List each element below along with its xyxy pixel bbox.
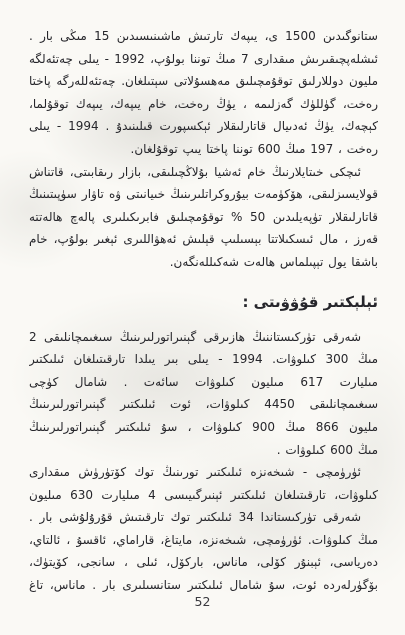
text-line: شەرقى تۈركىستاننىڭ ھازىرقى گېنىراتورلىرى… (29, 326, 378, 349)
text-line: ئىچكى خىتايلارنىڭ خام ئەشيا بۇلاڭچىلىقى،… (29, 161, 378, 184)
text-line: سىغىمچانلىقى 4450 كىلوۋات، ئوت ئىلىكتىر … (29, 393, 378, 416)
text-line: رەخت ، 197 مىڭ 600 توننا پاختا يىپ توقۇل… (29, 138, 378, 161)
text-line: مىڭ 600 كىلوۋات . (29, 439, 378, 462)
text-line: كېچەك، يۈڭ ئەدىيال قاتارلىقلار ئېكسپورت … (29, 115, 378, 138)
text-line: ئۈرۈمچى - شىخەنزە ئىلىكتىر تورىنىڭ توك ك… (29, 461, 378, 484)
page-number: 52 (0, 594, 405, 609)
text-line: مىڭ كىلوۋات. ئۈرۈمچى، شىخەنزە، مايتاغ، ق… (29, 529, 378, 552)
text-line: باشقا يول تېپىلماس ھالەت شەكىللەنگەن. (29, 251, 378, 274)
text-line: رەخت، گۈللۈك گەزلىمە ، يۈڭ رەخت، خام يىپ… (29, 93, 378, 116)
text-line: قەرز ، مال ئىسكىلاتتا بېسىلىپ قېلىش ئەھۋ… (29, 228, 378, 251)
text-line: قولايسىزلىقى، ھۆكۈمەت بيۇروكراتلىرىنىڭ خ… (29, 183, 378, 206)
text-line: مليون دوللارلىق توقۇمچىلىق مەھسۇلاتى سېت… (29, 70, 378, 93)
text-line: مليون 866 مىڭ 900 كىلوۋات ، سۇ ئىلىكتىر … (29, 416, 378, 439)
section-heading: ئېلېكتىر قۇۋۋىتى : (29, 291, 378, 313)
text-line: كىلوۋات، تارقىتىلغان ئىلىكتىر ئېنىرگىيىس… (29, 484, 378, 507)
text-block: ستانوگىدىن 1500 ى، يىپەك تارتىش ماشىنىسى… (29, 25, 378, 597)
text-line: قاتارلىقلار تۈپەيلىدىن 50 % توقۇمچىلىق ف… (29, 206, 378, 229)
text-line: شەرقى تۈركىستاندا 34 ئىلىكتىر توك تارقىت… (29, 506, 378, 529)
text-line: ئىشلەپچىقىرىش مىقدارى 7 مىڭ توننا بولۇپ،… (29, 48, 378, 71)
book-page: ستانوگىدىن 1500 ى، يىپەك تارتىش ماشىنىسى… (0, 0, 405, 635)
text-line: مىڭ 300 كىلوۋات. 1994 - يىلى بىر يىلدا ت… (29, 348, 378, 371)
text-line: ستانوگىدىن 1500 ى، يىپەك تارتىش ماشىنىسى… (29, 25, 378, 48)
text-line: دەرياسى، ئېبنۇر كۆلى، ماناس، باركۆل، ئىل… (29, 551, 378, 574)
text-line: مىليارت 617 مىليون كىلوۋات سائەت . شامال… (29, 371, 378, 394)
